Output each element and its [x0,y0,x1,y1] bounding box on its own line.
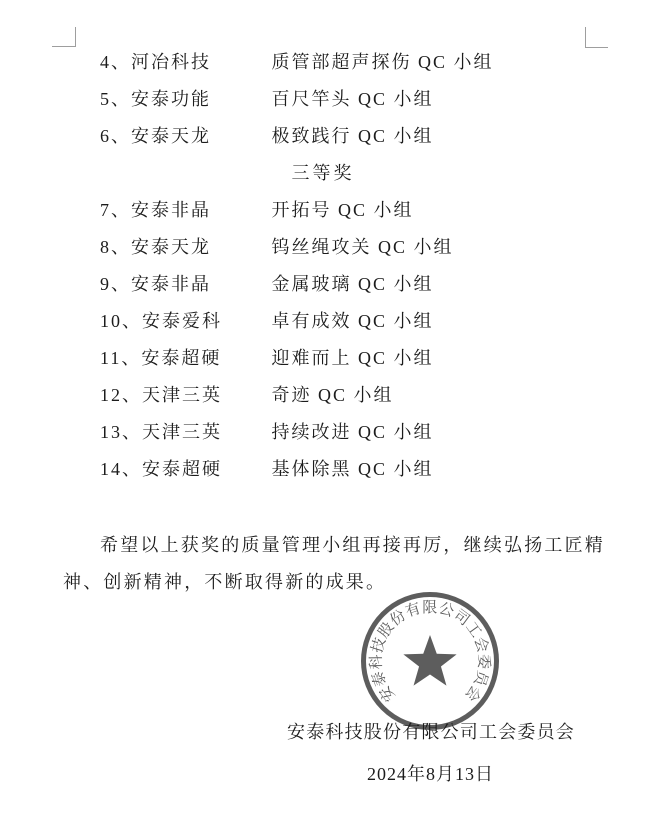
closing-paragraph: 希望以上获奖的质量管理小组再接再厉，继续弘扬工匠精 神、创新精神，不断取得新的成… [63,527,600,601]
margin-corner-mark-top-left [52,27,76,47]
award-row-company: 天津三英 [142,422,222,442]
award-row-company: 安泰非晶 [131,274,211,294]
third-prize-heading: 三等奖 [63,155,583,192]
award-row: 6、安泰天龙 极致践行 QC 小组 [100,118,434,155]
award-row: 11、安泰超硬 迎难而上 QC 小组 [100,340,434,377]
award-row: 9、安泰非晶 金属玻璃 QC 小组 [100,266,434,303]
award-row: 12、天津三英 奇迹 QC 小组 [100,377,394,414]
award-row-group: 迎难而上 QC 小组 [272,340,434,377]
award-row: 7、安泰非晶 开拓号 QC 小组 [100,192,414,229]
award-row-number: 8、 [100,237,131,257]
award-row-company: 河冶科技 [131,52,211,72]
award-row-number: 9、 [100,274,131,294]
award-row-number: 12、 [100,385,142,405]
award-row-label: 5、安泰功能 [100,81,265,118]
award-row-company: 安泰非晶 [131,200,211,220]
award-row-group: 持续改进 QC 小组 [272,414,434,451]
award-row-label: 8、安泰天龙 [100,229,265,266]
award-row-company: 安泰超硬 [141,348,221,368]
document-page: 4、河冶科技 质管部超声探伤 QC 小组 5、安泰功能 百尺竿头 QC 小组 6… [0,0,666,839]
award-row: 8、安泰天龙 钨丝绳攻关 QC 小组 [100,229,454,266]
award-row-company: 天津三英 [142,385,222,405]
award-row: 4、河冶科技 质管部超声探伤 QC 小组 [100,44,494,81]
signature-date: 2024年8月13日 [367,756,494,793]
award-row-label: 6、安泰天龙 [100,118,265,155]
award-row-group: 百尺竿头 QC 小组 [272,81,434,118]
award-row-company: 安泰天龙 [131,237,211,257]
star-icon [403,635,456,686]
award-row-company: 安泰爱科 [142,311,222,331]
award-row-label: 7、安泰非晶 [100,192,265,229]
award-row-number: 10、 [100,311,142,331]
closing-paragraph-line: 希望以上获奖的质量管理小组再接再厉，继续弘扬工匠精 [63,527,600,564]
award-row-group: 卓有成效 QC 小组 [272,303,434,340]
award-row-company: 安泰超硬 [142,459,222,479]
award-row-number: 13、 [100,422,142,442]
award-row-company: 安泰功能 [131,89,211,109]
award-row-group: 奇迹 QC 小组 [272,377,394,414]
award-row-label: 14、安泰超硬 [100,451,265,488]
margin-corner-mark-top-right [585,27,608,48]
award-row-group: 金属玻璃 QC 小组 [272,266,434,303]
award-row-group: 开拓号 QC 小组 [272,192,414,229]
award-row-number: 4、 [100,52,131,72]
award-row-label: 12、天津三英 [100,377,265,414]
award-row-company: 安泰天龙 [131,126,211,146]
award-row-number: 11、 [100,348,141,368]
award-row: 14、安泰超硬 基体除黑 QC 小组 [100,451,434,488]
award-row-group: 极致践行 QC 小组 [272,118,434,155]
award-row-number: 6、 [100,126,131,146]
award-row-group: 基体除黑 QC 小组 [272,451,434,488]
award-row-label: 11、安泰超硬 [100,340,265,377]
award-row-group: 钨丝绳攻关 QC 小组 [272,229,454,266]
award-row: 13、天津三英 持续改进 QC 小组 [100,414,434,451]
award-row-label: 10、安泰爱科 [100,303,265,340]
closing-paragraph-line: 神、创新精神，不断取得新的成果。 [63,564,600,601]
award-row-number: 7、 [100,200,131,220]
signature-organization: 安泰科技股份有限公司工会委员会 [287,714,575,751]
award-row-label: 9、安泰非晶 [100,266,265,303]
award-row-group: 质管部超声探伤 QC 小组 [272,44,494,81]
award-row: 10、安泰爱科 卓有成效 QC 小组 [100,303,434,340]
award-row-number: 5、 [100,89,131,109]
award-row-label: 13、天津三英 [100,414,265,451]
award-row-number: 14、 [100,459,142,479]
award-row-label: 4、河冶科技 [100,44,265,81]
award-row: 5、安泰功能 百尺竿头 QC 小组 [100,81,434,118]
